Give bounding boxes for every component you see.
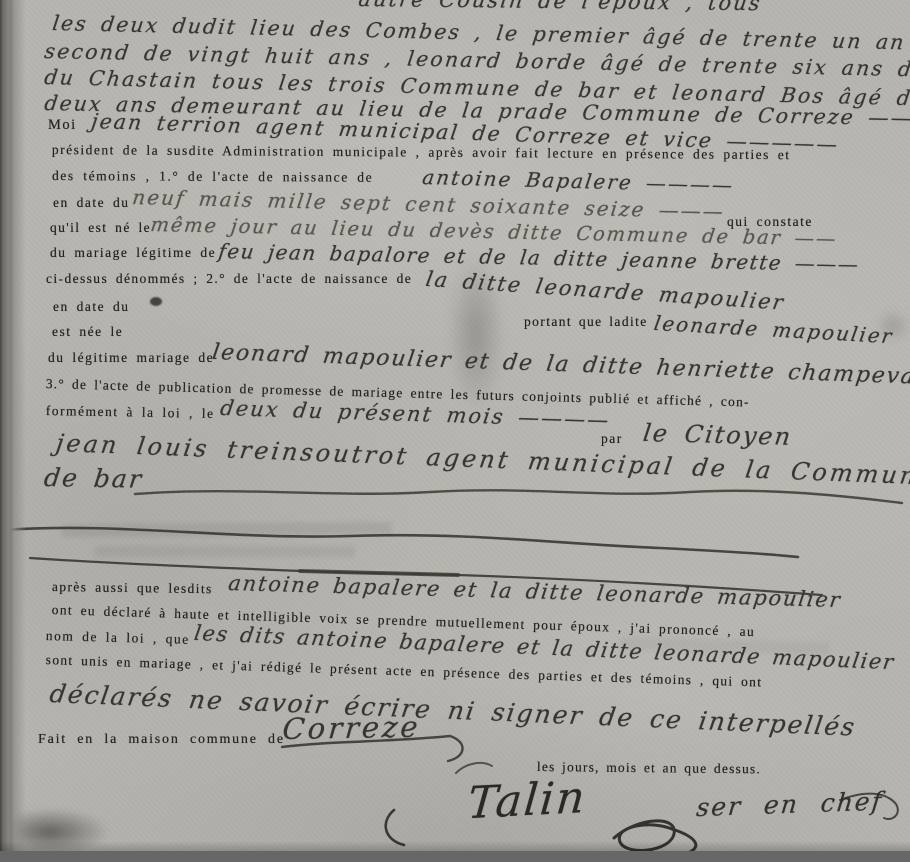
signature-title: ser en chef [695, 787, 884, 821]
filler-line-1 [135, 490, 902, 503]
bleed-through-ghost [62, 522, 392, 538]
signature-lead-curl [386, 810, 404, 845]
handwritten-couple-1: antoine bapalere et la ditte leonarde ma… [227, 572, 843, 612]
signature-name: Talin [466, 774, 589, 829]
printed-apres-aussi: après aussi que lesdits [52, 580, 213, 597]
page-bottom-edge [0, 851, 910, 862]
page-gutter-shadow [0, 0, 26, 862]
handwritten-line-partial-top: autre Cousin de l'époux , tous [357, 0, 763, 15]
handwritten-groom-name: antoine Bapalere ———— [421, 166, 735, 196]
filler-line-2 [4, 528, 798, 557]
handwritten-citoyen: le Citoyen [642, 420, 794, 450]
printed-par: par [601, 432, 623, 447]
handwritten-bride-name: la ditte leonarde mapoulier [424, 268, 787, 315]
printed-mariage-legitime: du mariage légitime de [50, 246, 216, 261]
printed-ne-le: qu'il est né le [50, 221, 151, 236]
page-crease [10, 0, 12, 862]
printed-legitime-mariage: du légitime mariage de [48, 351, 214, 366]
printed-endate-2: en date du [53, 300, 129, 315]
printed-temoins: des témoins , 1.° de l'acte de naissance… [52, 169, 373, 186]
page-bottom-shadow [0, 841, 910, 851]
printed-portant: portant que ladite [524, 315, 648, 330]
ink-blot [150, 297, 162, 306]
printed-endate-1: en date du [53, 196, 129, 211]
printed-moi: Moi [48, 118, 77, 134]
printed-president: président de la susdite Administration m… [52, 143, 791, 163]
printed-nom-loi: nom de la loi , que [46, 629, 190, 648]
printed-formement: formément à la loi , le [46, 404, 215, 422]
printed-fait-maison: Fait en la maison commune de [38, 732, 285, 747]
printed-est-nee: est née le [52, 325, 123, 340]
marriage-act-scan: autre Cousin de l'époux , tous les deux … [0, 0, 910, 862]
handwritten-de-bar: de bar [43, 464, 145, 493]
jours-lead-curl [456, 763, 492, 773]
printed-cidessus: ci-dessus dénommés ; 2.° de l'acte de na… [46, 272, 412, 287]
handwritten-bride-name-2: leonarde mapoulier [652, 312, 895, 347]
bleed-through-ghost [95, 546, 355, 557]
handwritten-correze-struck: Correze [281, 712, 422, 746]
